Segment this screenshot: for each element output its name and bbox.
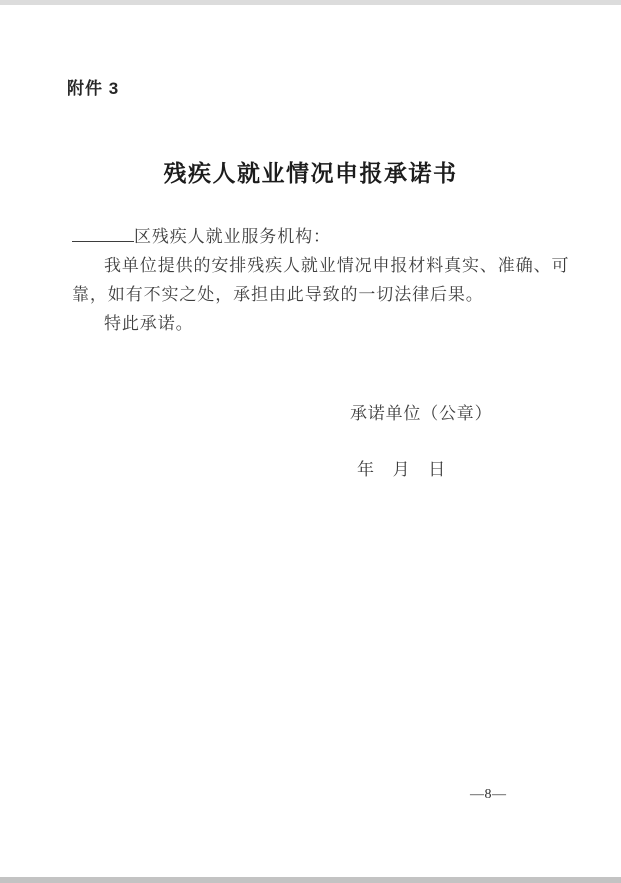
attachment-label: 附件 3 bbox=[67, 74, 119, 99]
signature-date-line: 年 月 日 bbox=[357, 455, 446, 480]
document-page: 附件 3 残疾人就业情况申报承诺书 区残疾人就业服务机构： 我单位提供的安排残疾… bbox=[0, 5, 621, 877]
salutation-text: 区残疾人就业服务机构： bbox=[134, 227, 331, 246]
viewer-background-bottom-edge bbox=[0, 877, 621, 883]
page-number: —8— bbox=[470, 787, 507, 803]
body-line: 我单位提供的安排残疾人就业情况申报材料真实、准确、可 bbox=[72, 251, 553, 280]
document-viewer: 附件 3 残疾人就业情况申报承诺书 区残疾人就业服务机构： 我单位提供的安排残疾… bbox=[0, 0, 621, 883]
salutation-line: 区残疾人就业服务机构： bbox=[72, 222, 553, 251]
signature-unit-line: 承诺单位（公章） bbox=[350, 399, 492, 424]
body-line: 特此承诺。 bbox=[72, 309, 553, 338]
fill-in-blank-underline bbox=[72, 225, 134, 242]
body-line: 靠，如有不实之处，承担由此导致的一切法律后果。 bbox=[72, 280, 553, 309]
document-title: 残疾人就业情况申报承诺书 bbox=[0, 155, 621, 188]
letter-body: 区残疾人就业服务机构： 我单位提供的安排残疾人就业情况申报材料真实、准确、可 靠… bbox=[72, 222, 553, 338]
